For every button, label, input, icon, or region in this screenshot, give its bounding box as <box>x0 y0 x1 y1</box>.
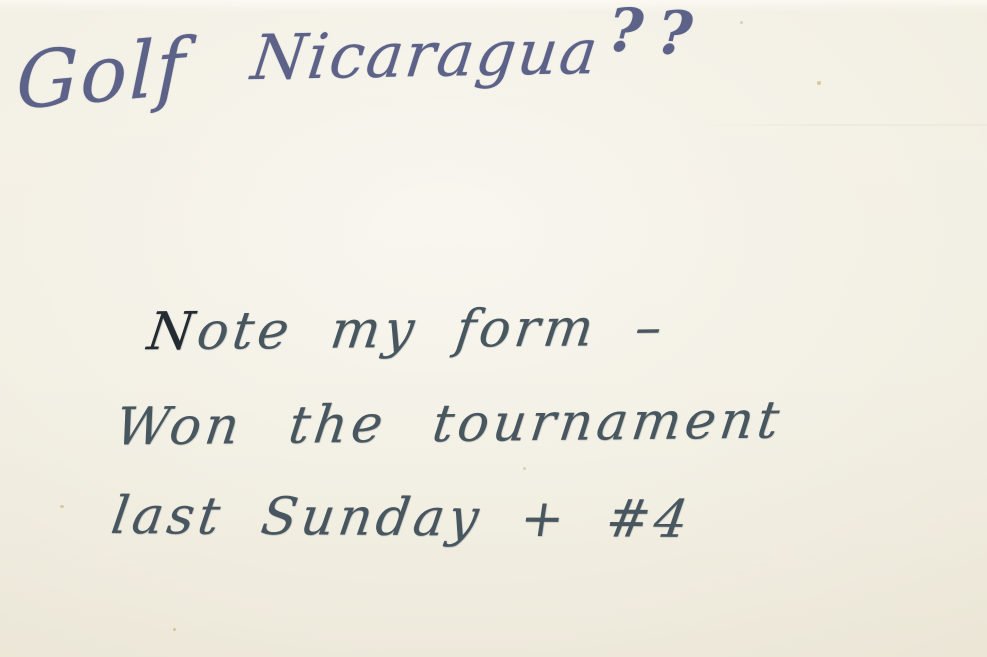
handwritten-note-paper: Golf Nicaragua ?? Note my form – Won the… <box>0 0 987 657</box>
paper-speck <box>523 467 526 470</box>
note-body-line-1: Note my form – <box>144 298 669 363</box>
title-word-nicaragua: Nicaragua <box>248 15 604 94</box>
paper-crease <box>690 124 987 126</box>
note-body-line-3: last Sunday + #4 <box>108 486 696 550</box>
paper-top-edge <box>0 0 987 7</box>
paper-speck <box>817 81 821 85</box>
title-word-golf: Golf <box>16 22 188 127</box>
note-body-line-2: Won the tournament <box>112 390 786 457</box>
title-question-marks: ?? <box>606 0 708 71</box>
paper-speck <box>740 21 743 24</box>
paper-speck <box>60 505 64 508</box>
paper-speck <box>173 628 176 631</box>
